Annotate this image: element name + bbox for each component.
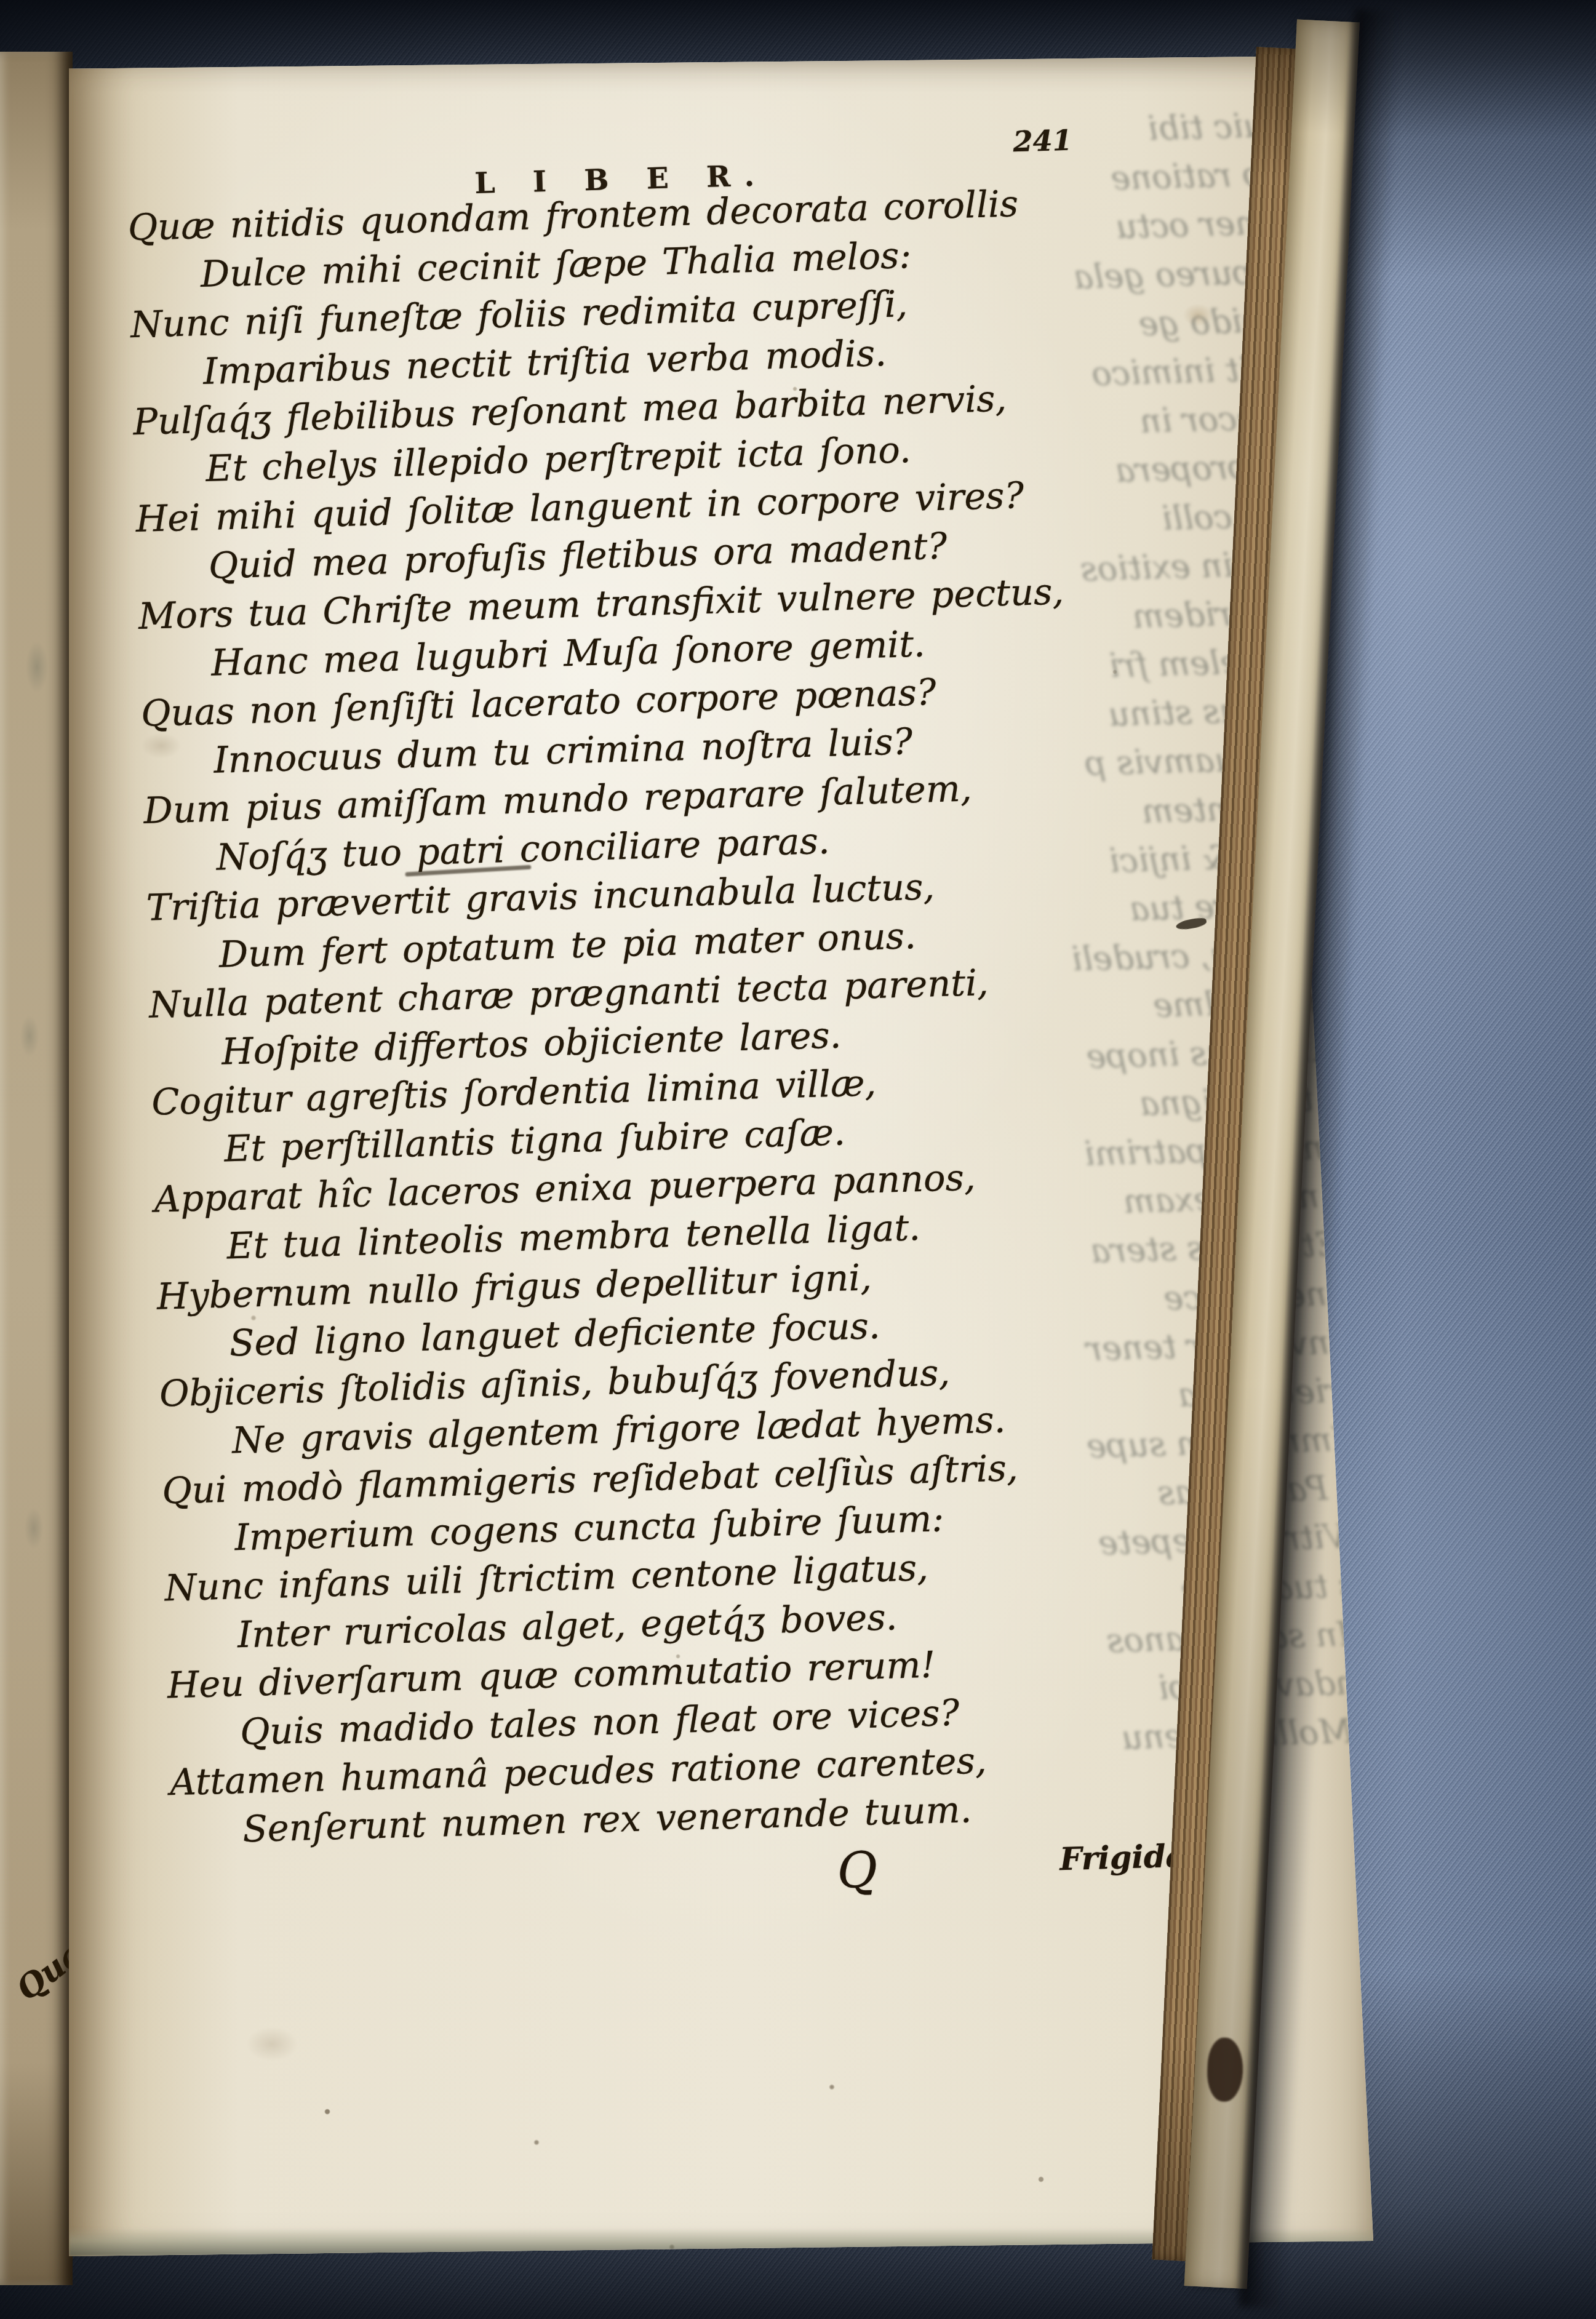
catchword: Frigida (1059, 1838, 1186, 1878)
poem: Quæ nitidis quondam frontem decorata cor… (68, 172, 1343, 1857)
gutter-page-edges: Quæ (0, 52, 73, 2285)
book-photo-scene: Quæ Quid huic tibiQuo rationeHinc tener … (0, 0, 1596, 2319)
corner-fragment: Quæ (0, 1934, 73, 2039)
page-number: 241 (1013, 124, 1072, 159)
signature-mark: Q (836, 1841, 878, 1899)
cover-corner-blot (1206, 2037, 1245, 2102)
corner-fragment-text: Quæ (9, 1934, 73, 2008)
